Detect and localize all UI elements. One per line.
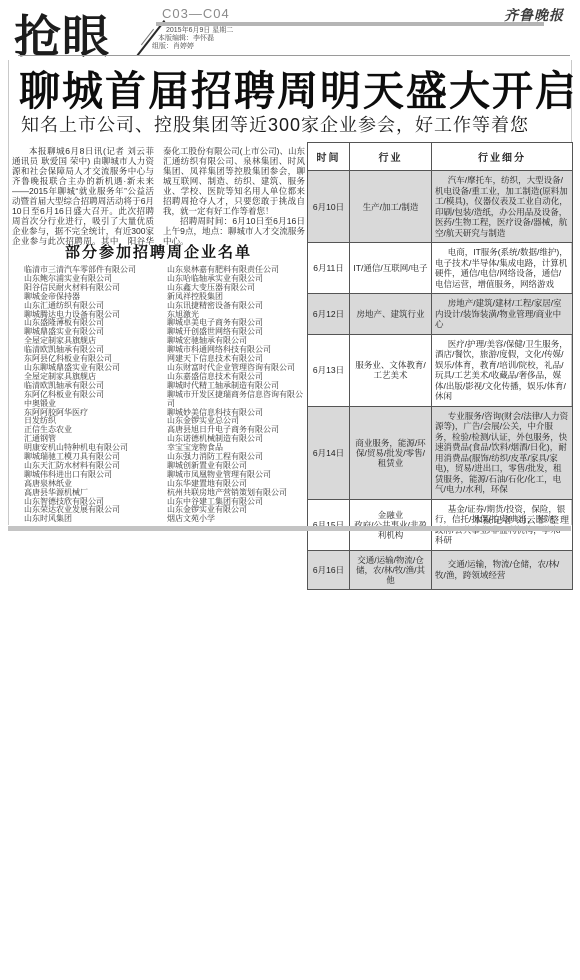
schedule-industry: 房地产、建筑行业 [350,294,432,335]
header-time: 时间 [308,143,350,171]
masthead-meta: 2015年6月9日 星期二 本版编辑：李怀磊 组版：肖婷婷 [152,27,233,51]
company-name: 山东时风集团 [24,515,162,524]
schedule-detail: 房地产/建筑/建材/工程/家居/室内设计/装饰装潢/物业管理/商业中心 [432,294,573,335]
schedule-detail: 汽车/摩托车，纺织，大型设备/机电设备/重工业，加工制造(原料加工/模具)，仪器… [432,171,573,243]
date-line: 2015年6月9日 星期二 [152,27,233,35]
subtitle: 知名上市公司、控股集团等近300家企业参会，好工作等着您 [21,111,566,137]
bottom-divider [8,526,571,531]
schedule-date: 6月10日 [308,171,350,243]
schedule-industry: 服务业、文体教育/工艺美术 [350,334,432,406]
company-list: 临清市三清汽车零部件有限公司山东鲍尔浦实业有限公司阳谷信民耐火材料有限公司聊城金… [24,266,305,524]
schedule-detail: 电商，IT服务(系统/数据/维护)，电子技术/半导体/集成电路，计算机硬件，通信… [432,243,573,294]
schedule-date: 6月14日 [308,406,350,499]
top-rule [18,55,570,56]
schedule-date: 6月12日 [308,294,350,335]
schedule-industry: IT/通信/互联网/电子 [350,243,432,294]
schedule-detail: 医疗/护理/美容/保健/卫生服务，酒店/餐饮，旅游/度假，文化/传媒/娱乐/体育… [432,334,573,406]
masthead-horizontal-rule [156,22,544,26]
schedule-industry: 生产/加工/制造 [350,171,432,243]
article-body: 本报聊城6月8日讯(记者 刘云菲 通讯员 耿爱国 荣中) 由聊城市人力资源和社会… [12,146,305,246]
schedule-row: 6月12日 房地产、建筑行业 房地产/建筑/建材/工程/家居/室内设计/装饰装潢… [308,294,573,335]
schedule-row: 6月14日 商业服务，能源/环保/贸易/批发/零售/租赁业 专业服务/咨询(财会… [308,406,573,499]
byline: 本报记者 刘云菲 整理 [307,513,570,526]
schedule-header-row: 时间 行业 行业细分 [308,143,573,171]
newspaper-page: 抢眼 C03—C04 2015年6月9日 星期二 本版编辑：李怀磊 组版：肖婷婷… [0,0,580,980]
schedule-industry: 交通/运输/物流/仓储，农/林/牧/渔/其他 [350,550,432,589]
company-list-right-column: 山东泉林嘉有肥料有限责任公司山东哈临轴承实业有限公司山东鑫大变压器有限公司新凤祥… [167,266,305,524]
company-list-left-column: 临清市三清汽车零部件有限公司山东鲍尔浦实业有限公司阳谷信民耐火材料有限公司聊城金… [24,266,162,524]
header-industry-detail: 行业细分 [432,143,573,171]
left-frame-rule [8,60,9,525]
schedule-row: 6月10日 生产/加工/制造 汽车/摩托车，纺织，大型设备/机电设备/重工业，加… [308,171,573,243]
schedule-row: 6月13日 服务业、文体教育/工艺美术 医疗/护理/美容/保健/卫生服务，酒店/… [308,334,573,406]
schedule-date: 6月13日 [308,334,350,406]
company-name: 聊城市开发区捷瑞商务信息咨询有限公司 [167,391,305,409]
schedule-industry: 商业服务，能源/环保/贸易/批发/零售/租赁业 [350,406,432,499]
layout-line: 组版：肖婷婷 [152,43,233,51]
schedule-detail: 专业服务/咨询(财会/法律/人力资源等)，广告/会展/公关，中介服务，检验/检测… [432,406,573,499]
schedule-date: 6月16日 [308,550,350,589]
headline: 聊城首届招聘周明天盛大开启 [19,58,567,117]
page-number: C03—C04 [162,6,230,21]
newspaper-logo: 齐鲁晚报 [504,5,564,25]
header-industry: 行业 [350,143,432,171]
schedule-row: 6月11日 IT/通信/互联网/电子 电商，IT服务(系统/数据/维护)，电子技… [308,243,573,294]
schedule-row: 6月16日 交通/运输/物流/仓储，农/林/牧/渔/其他 交通/运输，物流/仓储… [308,550,573,589]
company-list-title: 部分参加招聘周企业名单 [12,241,305,262]
schedule-detail: 交通/运输，物流/仓储，农/林/牧/渔，跨领域经营 [432,550,573,589]
schedule-date: 6月11日 [308,243,350,294]
company-name: 烟店文苑小学 [167,515,305,524]
editor-line: 本版编辑：李怀磊 [152,35,233,43]
